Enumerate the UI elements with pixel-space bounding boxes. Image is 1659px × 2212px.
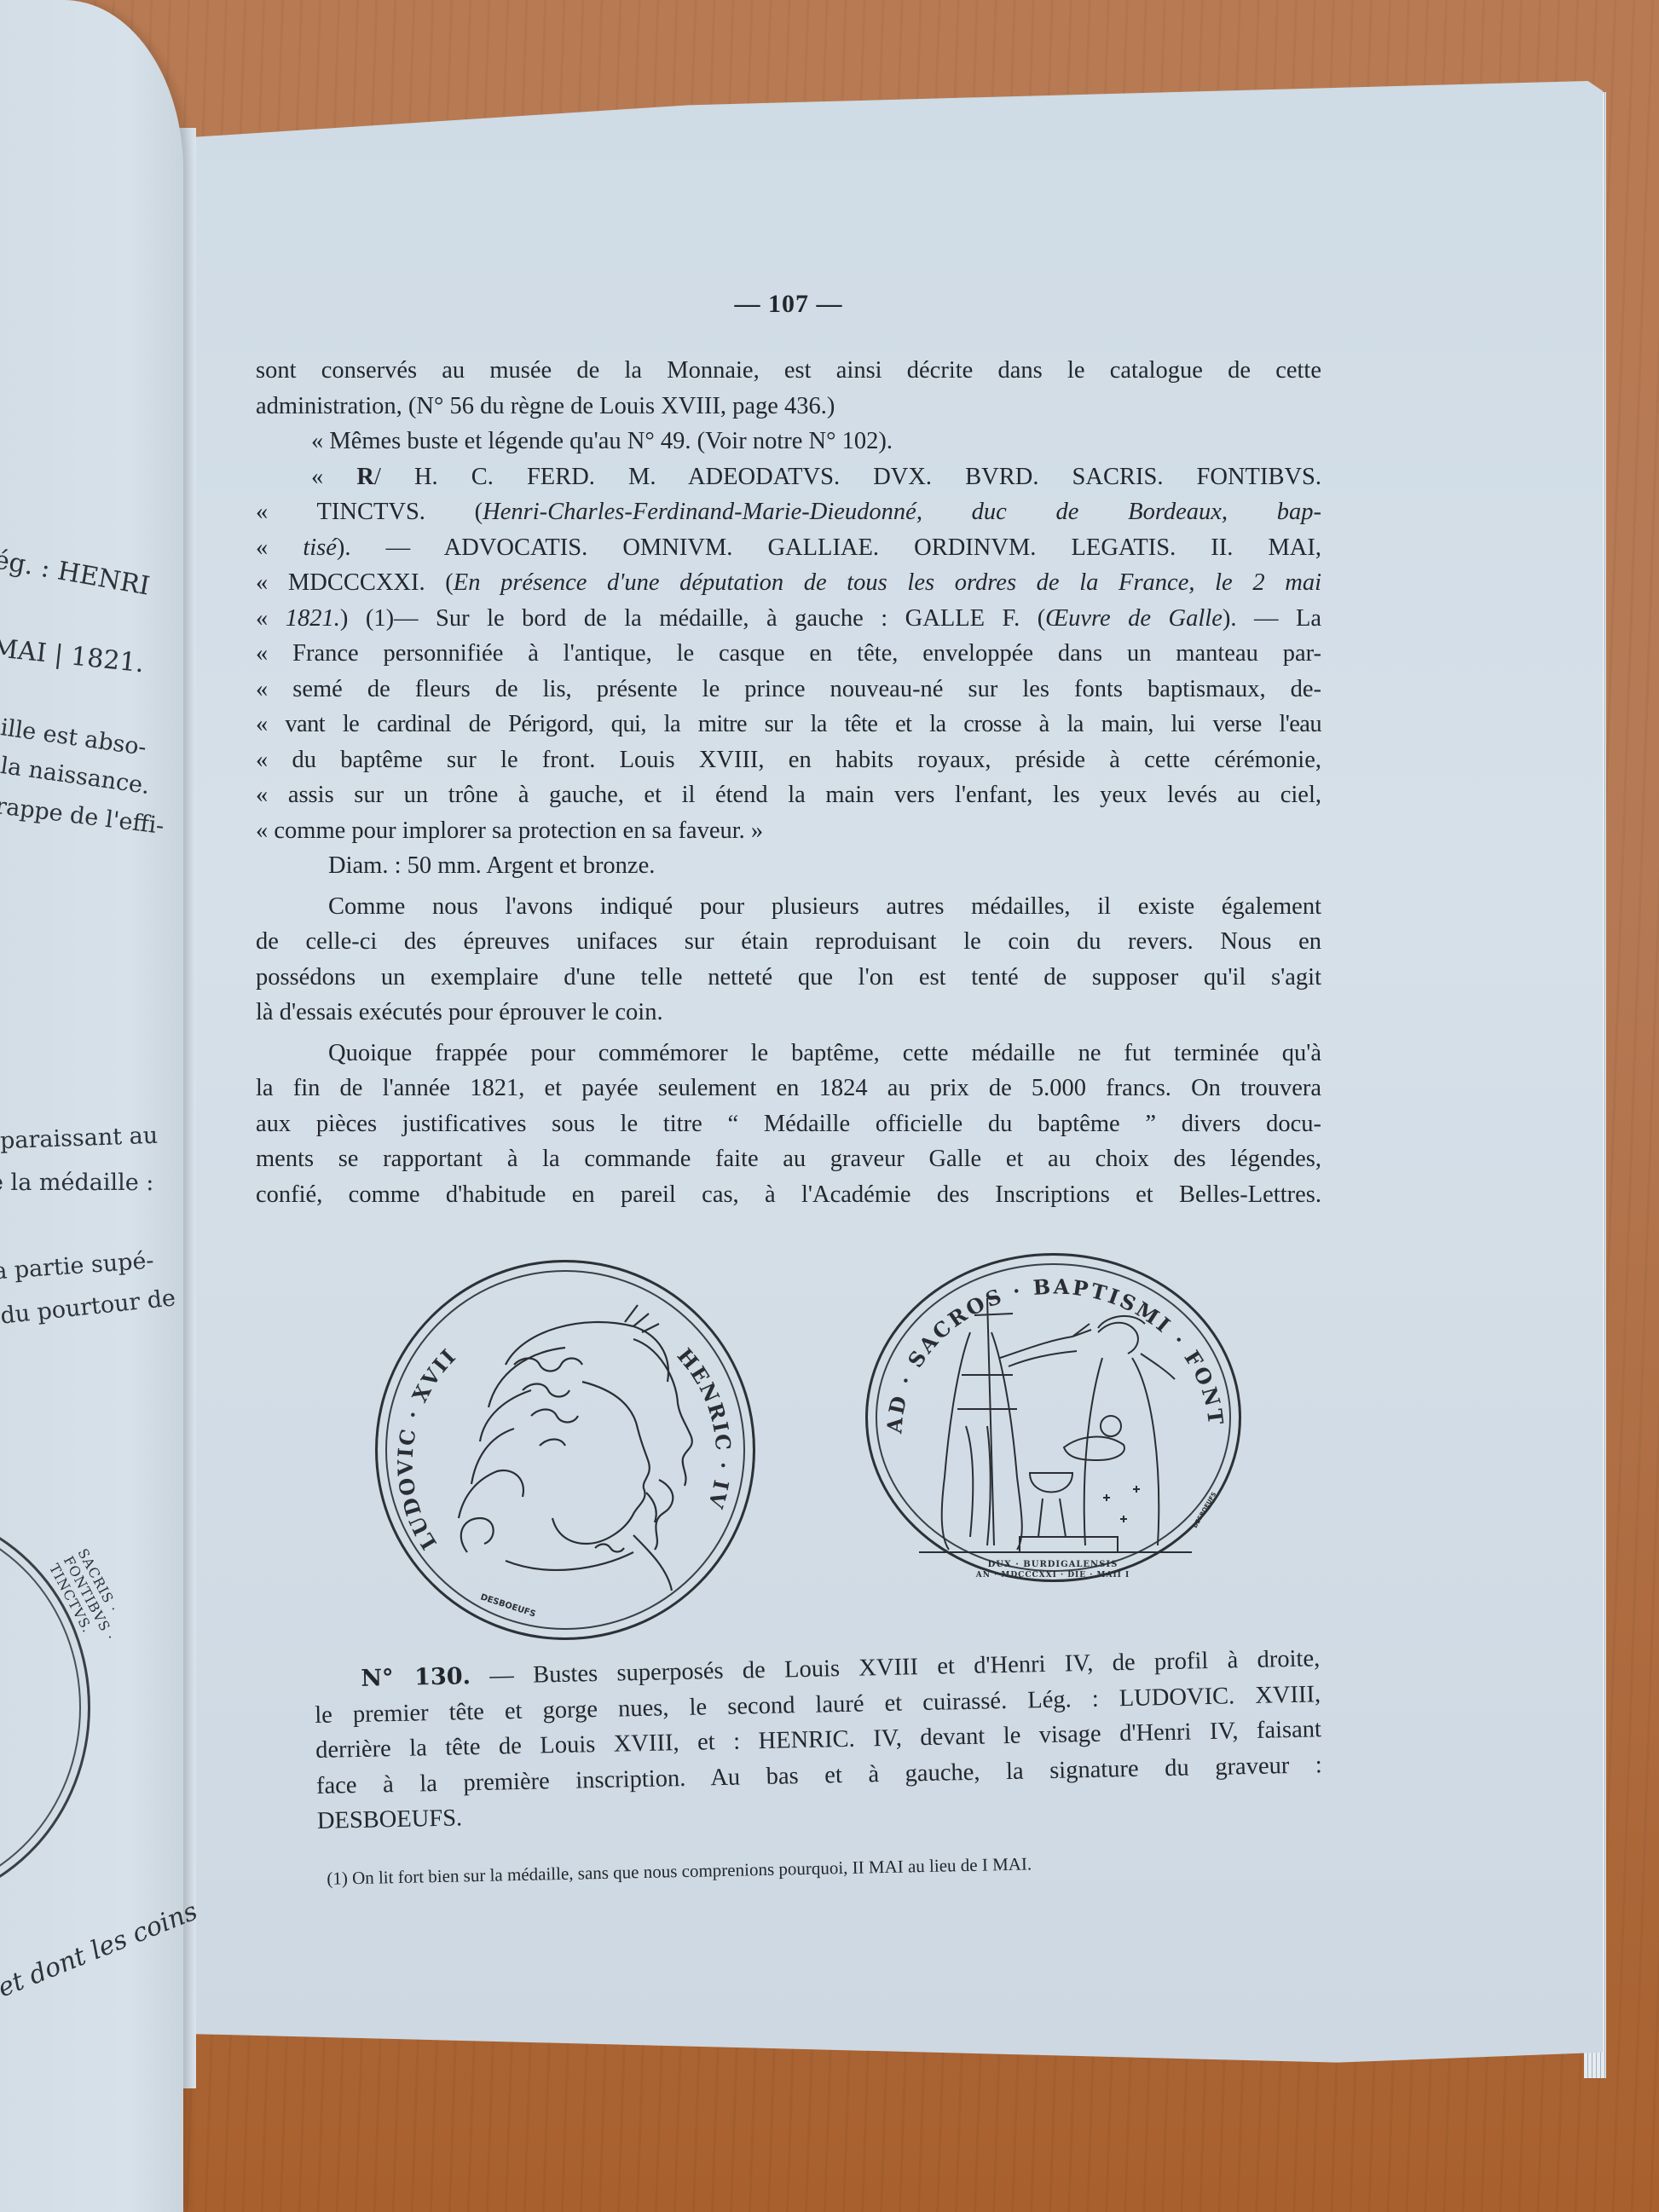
text-line: de celle-ci des épreuves unifaces sur ét…: [256, 924, 1321, 960]
text-line: « R/ H. C. FERD. M. ADEODATVS. DVX. BVRD…: [256, 459, 1321, 495]
medal-obverse-illustration: LUDOVIC · XVIII HENRIC · IV: [375, 1260, 755, 1640]
svg-text:HENRIC · IV: HENRIC · IV: [673, 1343, 737, 1513]
left-fragment: ille est abso-: [0, 714, 148, 761]
text-line: sont conservés au musée de la Monnaie, e…: [256, 353, 1321, 389]
entry-number: N° 130.: [361, 1663, 471, 1692]
text-line: « MDCCCXXI. (En présence d'une députatio…: [256, 565, 1321, 601]
page-number: — 107 —: [256, 290, 1321, 319]
reverse-exergue-line-2: AN · MDCCCXXI · DIE · MAII I: [975, 1571, 1130, 1580]
text-line: « TINCTVS. (Henri-Charles-Ferdinand-Mari…: [256, 494, 1321, 530]
svg-text:AD · SACROS · BAPTISMI · FONTE: AD · SACROS · BAPTISMI · FONTES: [868, 1256, 1228, 1435]
text-line: « France personnifiée à l'antique, le ca…: [256, 636, 1321, 672]
text-line: « du baptême sur le front. Louis XVIII, …: [256, 742, 1321, 778]
text-line: « assis sur un trône à gauche, et il éte…: [256, 777, 1321, 813]
left-fragment: et dont les coins: [0, 1897, 201, 2004]
reverse-signature: DESBOEUFS: [1192, 1491, 1218, 1529]
text-line: Quoique frappée pour commémorer le baptê…: [256, 1036, 1321, 1071]
left-fragment: du pourtour de: [0, 1285, 176, 1329]
medal-illustrations: LUDOVIC · XVIII HENRIC · IV: [375, 1253, 1245, 1645]
left-fragment: e la médaille :: [0, 1170, 153, 1196]
text-line: confié, comme d'habitude en pareil cas, …: [256, 1177, 1321, 1213]
left-fragment: ég. : HENRI: [0, 545, 152, 601]
text-line: « Mêmes buste et légende qu'au N° 49. (V…: [256, 424, 1321, 459]
left-fragment: a partie supé-: [0, 1247, 155, 1285]
baptism-scene-icon: AD · SACROS · BAPTISMI · FONTES: [868, 1256, 1239, 1580]
text-line: possédons un exemplaire d'une telle nett…: [256, 960, 1321, 996]
text-line: là d'essais exécutés pour éprouver le co…: [256, 995, 1321, 1031]
left-page: ég. : HENRI MAI | 1821. ille est abso- l…: [0, 0, 183, 2212]
text-line: aux pièces justificatives sous le titre …: [256, 1106, 1321, 1142]
svg-text:LUDOVIC · XVIII: LUDOVIC · XVIII: [378, 1262, 461, 1554]
double-portrait-icon: LUDOVIC · XVIII HENRIC · IV: [378, 1262, 753, 1637]
obverse-legend-right: HENRIC · IV: [673, 1343, 737, 1513]
page-body: — 107 — sont conservés au musée de la Mo…: [256, 290, 1321, 1212]
obverse-signature: DESBOEUFS: [479, 1592, 537, 1619]
catalogue-entry: N° 130. — Bustes superposés de Louis XVI…: [314, 1641, 1324, 1890]
text-line: administration, (N° 56 du règne de Louis…: [256, 389, 1321, 424]
text-line: « semé de fleurs de lis, présente le pri…: [256, 672, 1321, 707]
left-fragment: MAI | 1821.: [0, 633, 146, 679]
left-fragment: paraissant au: [0, 1123, 159, 1154]
medal-reverse-illustration: AD · SACROS · BAPTISMI · FONTES: [865, 1253, 1241, 1582]
text-line: Comme nous l'avons indiqué pour plusieur…: [256, 889, 1321, 925]
text-line: « tisé). — ADVOCATIS. OMNIVM. GALLIAE. O…: [256, 530, 1321, 566]
left-fragment: la naissance.: [0, 753, 152, 800]
left-fragment: rappe de l'effi-: [0, 793, 165, 840]
text-line: « vant le cardinal de Périgord, qui, la …: [256, 707, 1321, 742]
obverse-legend-left: LUDOVIC · XVIII: [378, 1262, 461, 1554]
reverse-symbol: R: [356, 464, 374, 490]
text-line: « comme pour implorer sa protection en s…: [256, 813, 1321, 849]
reverse-exergue-line-1: DUX · BURDIGALENSIS: [988, 1560, 1119, 1569]
text-line: « 1821.) (1)— Sur le bord de la médaille…: [256, 601, 1321, 637]
text-line: ments se rapportant à la commande faite …: [256, 1141, 1321, 1177]
reverse-legend: AD · SACROS · BAPTISMI · FONTES: [868, 1256, 1228, 1435]
text-line: la fin de l'année 1821, et payée seuleme…: [256, 1071, 1321, 1106]
diameter-line: Diam. : 50 mm. Argent et bronze.: [256, 848, 1321, 884]
